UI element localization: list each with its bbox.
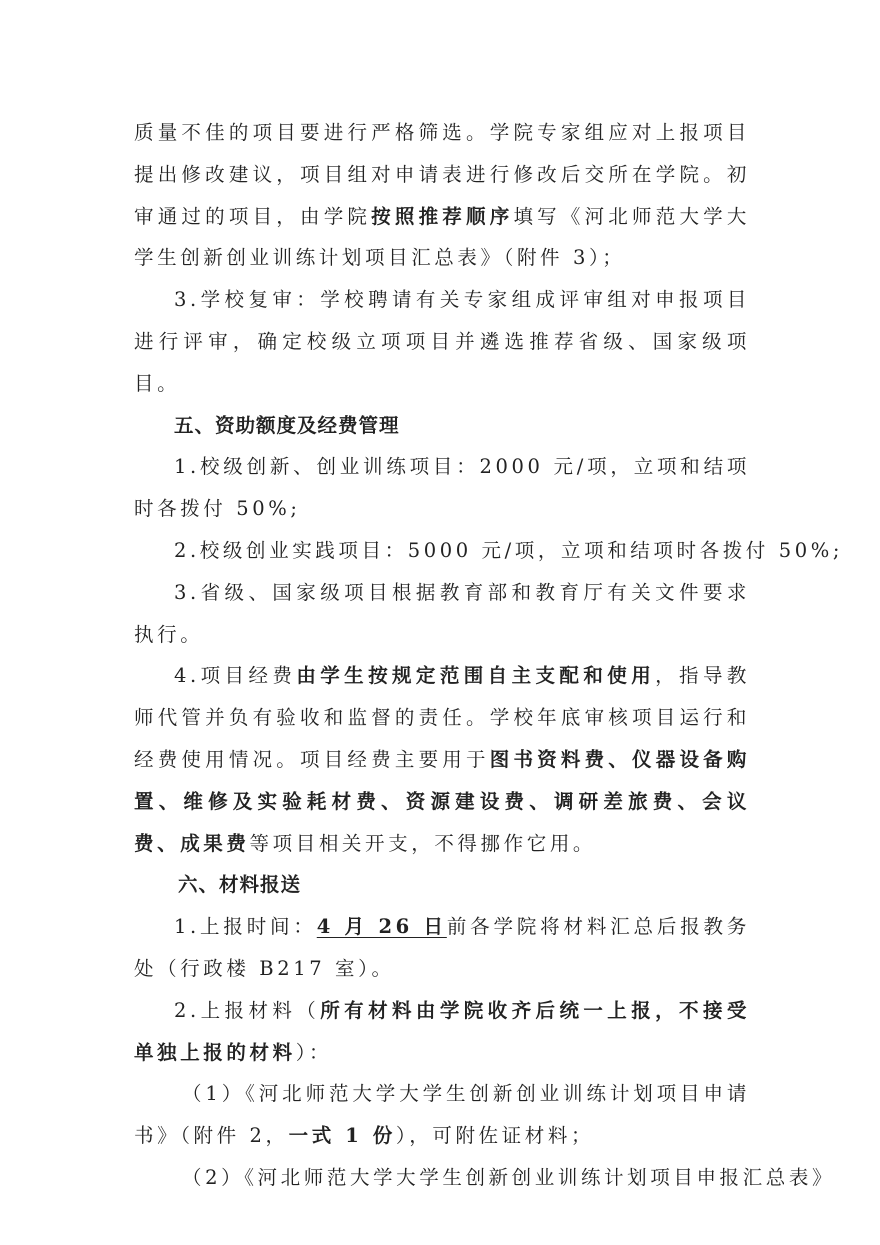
paragraph-school-review: 3.学校复审：学校聘请有关专家组成评审组对申报项目进行评审，确定校级立项项目并遴… xyxy=(134,279,750,404)
bold-text: 按照推荐顺序 xyxy=(371,205,513,228)
text: 1.上报时间： xyxy=(174,915,317,938)
text: 等项目相关开支，不得挪作它用。 xyxy=(250,832,597,855)
paragraph-funding-4: 4.项目经费由学生按规定范围自主支配和使用，指导教师代管并负有验收和监督的责任。… xyxy=(134,655,750,864)
paragraph-material-2: （2）《河北师范大学大学生创新创业训练计划项目申报汇总表》 xyxy=(134,1157,750,1199)
paragraph-funding-2: 2.校级创业实践项目：5000 元/项，立项和结项时各拨付 50%; xyxy=(134,530,750,572)
document-page: 质量不佳的项目要进行严格筛选。学院专家组应对上报项目提出修改建议，项目组对申请表… xyxy=(134,112,750,1199)
text: ）： xyxy=(296,1041,332,1064)
text: 2.上报材料（ xyxy=(174,999,320,1022)
paragraph-funding-1: 1.校级创新、创业训练项目：2000 元/项，立项和结项时各拨付 50%; xyxy=(134,446,750,530)
text: ），可附佐证材料； xyxy=(396,1124,594,1147)
paragraph-submission-time: 1.上报时间：4 月 26 日前各学院将材料汇总后报教务处（行政楼 B217 室… xyxy=(134,906,750,990)
paragraph-submission-materials: 2.上报材料（所有材料由学院收齐后统一上报，不接受单独上报的材料）： xyxy=(134,990,750,1074)
section-heading-materials: 六、材料报送 xyxy=(134,864,750,906)
paragraph-funding-3: 3.省级、国家级项目根据教育部和教育厅有关文件要求执行。 xyxy=(134,572,750,656)
text: 4.项目经费 xyxy=(174,664,296,687)
bold-text: 一式 1 份 xyxy=(289,1124,396,1147)
deadline-date: 4 月 26 日 xyxy=(317,915,447,938)
paragraph-material-1: （1）《河北师范大学大学生创新创业训练计划项目申请书》（附件 2，一式 1 份）… xyxy=(134,1073,750,1157)
paragraph-college-review: 质量不佳的项目要进行严格筛选。学院专家组应对上报项目提出修改建议，项目组对申请表… xyxy=(134,112,750,279)
section-heading-funding: 五、资助额度及经费管理 xyxy=(134,405,750,447)
bold-text: 由学生按规定范围自主支配和使用 xyxy=(296,664,655,687)
